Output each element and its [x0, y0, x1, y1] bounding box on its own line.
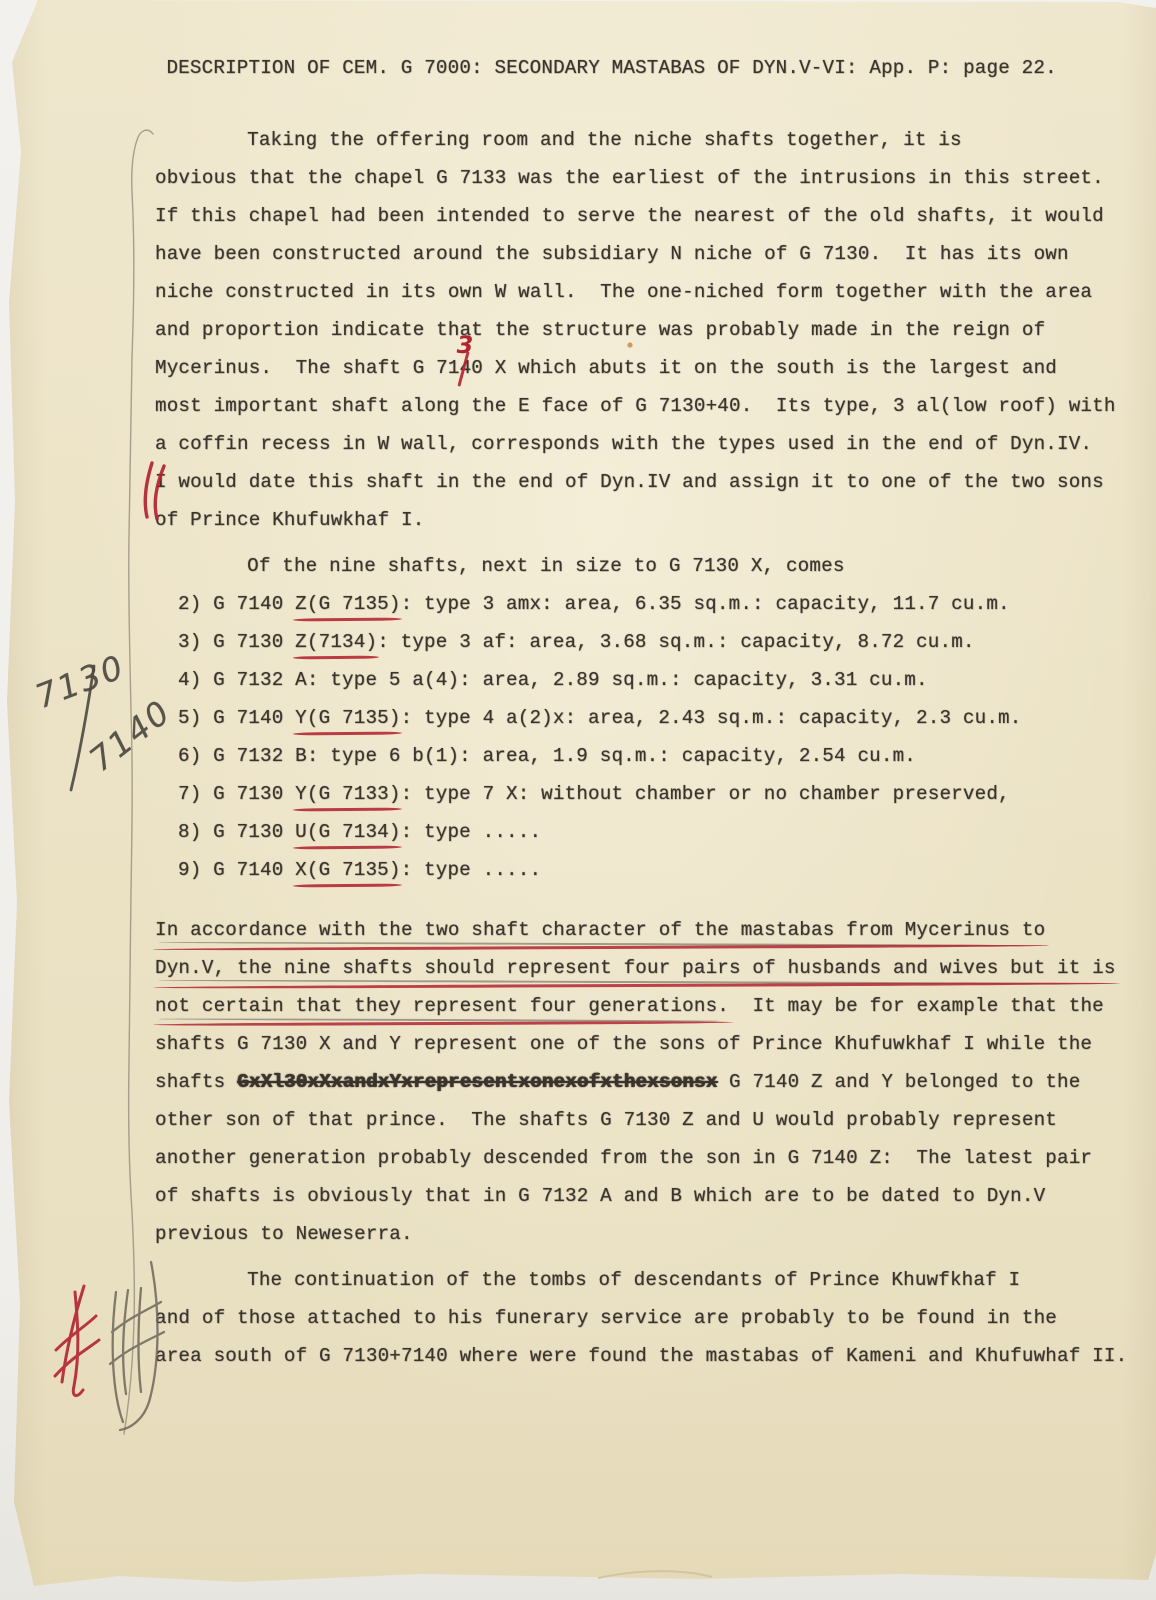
text-segment: : type 4 a(2)x: area, 2.43 sq.m.: capaci…	[401, 707, 1022, 729]
text-segment: 6) G 7132 B: type 6 b(1): area, 1.9 sq.m…	[178, 745, 916, 767]
red-correction-numeral: 3	[457, 333, 474, 357]
text-segment: and of those attached to his funerary se…	[155, 1307, 1057, 1329]
typewritten-line: 2) G 7140 Z(G 7135): type 3 amx: area, 6…	[155, 585, 1127, 623]
text-segment: and proportion indicate that the structu…	[155, 319, 1045, 341]
text-segment: a coffin recess in W wall, corresponds w…	[155, 433, 1092, 455]
typewritten-line: 6) G 7132 B: type 6 b(1): area, 1.9 sq.m…	[155, 737, 1127, 775]
text-segment: : type 7 X: without chamber or no chambe…	[401, 783, 1010, 805]
typewritten-line: and of those attached to his funerary se…	[155, 1299, 1127, 1337]
text-segment: : type .....	[401, 859, 542, 881]
annotated-text: Y(G 7135)	[295, 707, 400, 729]
typewritten-line: In accordance with the two shaft charact…	[155, 911, 1127, 949]
paragraph: The continuation of the tombs of descend…	[155, 1261, 1127, 1375]
text-segment: Taking the offering room and the niche s…	[247, 129, 962, 151]
document-body: Taking the offering room and the niche s…	[155, 121, 1127, 1375]
text-segment: : type 3 af: area, 3.68 sq.m.: capacity,…	[377, 631, 974, 653]
typewritten-line: have been constructed around the subsidi…	[155, 235, 1127, 273]
typewritten-line: 8) G 7130 U(G 7134): type .....	[155, 813, 1127, 851]
typewritten-line: Dyn.V, the nine shafts should represent …	[155, 949, 1127, 987]
text-segment: : type .....	[401, 821, 542, 843]
text-segment: 8) G 7130	[178, 821, 295, 843]
text-segment: 9) G 7140	[178, 859, 295, 881]
text-segment: obvious that the chapel G 7133 was the e…	[155, 167, 1104, 189]
typewritten-line: 9) G 7140 X(G 7135): type .....	[155, 851, 1127, 889]
typewritten-line: and proportion indicate that the structu…	[155, 311, 1127, 349]
typewritten-line: of shafts is obviously that in G 7132 A …	[155, 1177, 1127, 1215]
annotated-text: Z(G 7135)	[295, 593, 400, 615]
typewritten-line: a coffin recess in W wall, corresponds w…	[155, 425, 1127, 463]
annotated-text: U(G 7134)	[295, 821, 400, 843]
annotated-text: Dyn.V, the nine shafts should represent …	[155, 957, 1116, 979]
text-segment: shafts G 7130 X and Y represent one of t…	[155, 1033, 1092, 1055]
typewritten-line: obvious that the chapel G 7133 was the e…	[155, 159, 1127, 197]
text-segment: Of the nine shafts, next in size to G 71…	[247, 555, 844, 577]
paragraph: Taking the offering room and the niche s…	[155, 121, 1127, 539]
typewritten-line: shafts GxXl30xXxandxYxrepresentxonexofxt…	[155, 1063, 1127, 1101]
typewritten-line: Mycerinus. The shaft G 71430 X which abu…	[155, 349, 1127, 387]
annotated-text: In accordance with the two shaft charact…	[155, 919, 1045, 941]
typewritten-line: area south of G 7130+7140 where were fou…	[155, 1337, 1127, 1375]
typewritten-text: DESCRIPTION OF CEM. G 7000: SECONDARY MA…	[155, 49, 1127, 1375]
text-segment: of shafts is obviously that in G 7132 A …	[155, 1185, 1045, 1207]
typewritten-line: niche constructed in its own W wall. The…	[155, 273, 1127, 311]
text-segment: The continuation of the tombs of descend…	[247, 1269, 1020, 1291]
typewritten-line: not certain that they represent four gen…	[155, 987, 1127, 1025]
text-segment: another generation probably descended fr…	[155, 1147, 1092, 1169]
paragraph: Of the nine shafts, next in size to G 71…	[155, 547, 1127, 889]
text-segment: I would date this shaft in the end of Dy…	[155, 471, 1104, 493]
text-segment: 5) G 7140	[178, 707, 295, 729]
text-segment: shafts	[155, 1071, 237, 1093]
text-segment: If this chapel had been intended to serv…	[155, 205, 1104, 227]
text-segment: 7) G 7130	[178, 783, 295, 805]
text-segment: 3) G 7130	[178, 631, 295, 653]
typewritten-line: previous to Neweserra.	[155, 1215, 1127, 1253]
typewritten-line: 7) G 7130 Y(G 7133): type 7 X: without c…	[155, 775, 1127, 813]
typewritten-line: Of the nine shafts, next in size to G 71…	[155, 547, 1127, 585]
typewritten-line: 3) G 7130 Z(7134): type 3 af: area, 3.68…	[155, 623, 1127, 661]
text-segment: area south of G 7130+7140 where were fou…	[155, 1345, 1127, 1367]
typewritten-line: The continuation of the tombs of descend…	[155, 1261, 1127, 1299]
text-segment: It may be for example that the	[729, 995, 1104, 1017]
typewritten-line: I would date this shaft in the end of Dy…	[155, 463, 1127, 501]
typewritten-line: of Prince Khufuwkhaf I.	[155, 501, 1127, 539]
typewritten-line: Taking the offering room and the niche s…	[155, 121, 1127, 159]
text-segment: niche constructed in its own W wall. The…	[155, 281, 1092, 303]
text-segment: previous to Neweserra.	[155, 1223, 413, 1245]
text-segment: other son of that prince. The shafts G 7…	[155, 1109, 1057, 1131]
text-segment: 4) G 7132 A: type 5 a(4): area, 2.89 sq.…	[178, 669, 928, 691]
text-segment: have been constructed around the subsidi…	[155, 243, 1069, 265]
annotated-text: 43	[460, 357, 472, 379]
typewritten-line: most important shaft along the E face of…	[155, 387, 1127, 425]
annotated-text: X(G 7135)	[295, 859, 400, 881]
text-segment: of Prince Khufuwkhaf I.	[155, 509, 424, 531]
annotated-text: Y(G 7133)	[295, 783, 400, 805]
page-title: DESCRIPTION OF CEM. G 7000: SECONDARY MA…	[155, 49, 1127, 87]
scanned-page: DESCRIPTION OF CEM. G 7000: SECONDARY MA…	[0, 0, 1156, 1600]
annotated-text: GxXl30xXxandxYxrepresentxonexofxthexsons…	[237, 1071, 717, 1093]
annotated-text: not certain that they represent four gen…	[155, 995, 729, 1017]
typewritten-line: If this chapel had been intended to serv…	[155, 197, 1127, 235]
text-segment: G 7140 Z and Y belonged to the	[717, 1071, 1080, 1093]
text-segment: 0 X which abuts it on the south is the l…	[471, 357, 1057, 379]
typewritten-line: other son of that prince. The shafts G 7…	[155, 1101, 1127, 1139]
typewritten-line: another generation probably descended fr…	[155, 1139, 1127, 1177]
typewritten-line: 4) G 7132 A: type 5 a(4): area, 2.89 sq.…	[155, 661, 1127, 699]
text-segment: : type 3 amx: area, 6.35 sq.m.: capacity…	[401, 593, 1010, 615]
text-segment: most important shaft along the E face of…	[155, 395, 1116, 417]
annotated-text: Z(7134)	[295, 631, 377, 653]
typewritten-line: 5) G 7140 Y(G 7135): type 4 a(2)x: area,…	[155, 699, 1127, 737]
paragraph: In accordance with the two shaft charact…	[155, 911, 1127, 1253]
typewritten-line: shafts G 7130 X and Y represent one of t…	[155, 1025, 1127, 1063]
text-segment: 2) G 7140	[178, 593, 295, 615]
text-segment: Mycerinus. The shaft G 71	[155, 357, 460, 379]
